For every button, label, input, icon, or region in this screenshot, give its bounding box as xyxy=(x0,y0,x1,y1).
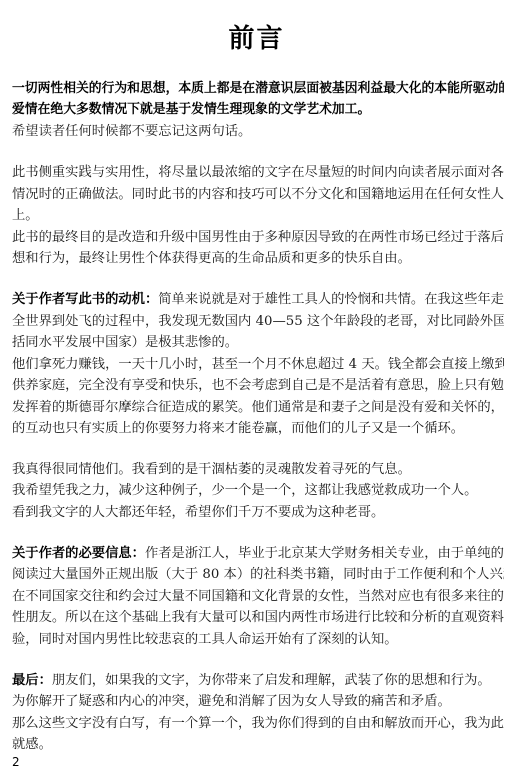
closing-line-2: 为你解开了疑惑和内心的冲突，避免和消解了因为女人导致的痛苦和矛盾。 xyxy=(12,691,504,712)
sympathy-line-2: 我希望凭我之力，减少这种例子，少一个是一个，这都让我感觉救成功一个人。 xyxy=(12,480,504,501)
author-info-text: 作者是浙江人，毕业于北京某大学财务相关专业，由于单纯的求知欲 xyxy=(145,546,504,561)
motivation-line-4: 他们拿死力赚钱，一天十几小时，甚至一个月不休息超过 4 天。钱全都会直接上缴到妻… xyxy=(12,354,504,375)
closing-label: 最后： xyxy=(12,673,52,688)
closing-text: 朋友们，如果我的文字，为你带来了启发和理解，武装了你的思想和行为。 xyxy=(52,673,491,688)
sympathy-line-1: 我真得很同情他们。我看到的是干涸枯萎的灵魂散发着寻死的气息。 xyxy=(12,459,504,480)
motivation-line-6: 发挥着的斯德哥尔摩综合征造成的累笑。他们通常是和妻子之间是没有爱和关怀的，和孩子 xyxy=(12,397,504,418)
author-info-line-5: 验，同时对国内男性比较悲哀的工具人命运开始有了深刻的认知。 xyxy=(12,629,504,650)
intro-bold-line-2: 爱情在绝大多数情况下就是基于发情生理现象的文学艺术加工。 xyxy=(12,99,504,120)
motivation-line-1: 关于作者写此书的动机：简单来说就是对于雄性工具人的怜悯和共情。在我这些年走南闯北 xyxy=(12,289,504,310)
purpose-line-1: 此书侧重实践与实用性，将尽量以最浓缩的文字在尽量短的时间内向读者展示面对各种两性 xyxy=(12,162,504,183)
closing-line-4: 就感。 xyxy=(12,734,504,755)
sympathy-line-3: 看到我文字的人大都还年轻，希望你们千万不要成为这种老哥。 xyxy=(12,502,504,523)
closing-line-1: 最后：朋友们，如果我的文字，为你带来了启发和理解，武装了你的思想和行为。 xyxy=(12,670,504,691)
purpose-line-4: 此书的最终目的是改造和升级中国男性由于多种原因导致的在两性市场已经过于落后的思 xyxy=(12,227,504,248)
author-info-label: 关于作者的必要信息： xyxy=(12,546,145,561)
purpose-line-3: 上。 xyxy=(12,205,504,226)
motivation-line-7: 的互动也只有实质上的你要努力将来才能卷赢，而他们的儿子又是一个循环。 xyxy=(12,418,504,439)
motivation-text: 简单来说就是对于雄性工具人的怜悯和共情。在我这些年走南闯北 xyxy=(158,292,504,307)
page-title: 前言 xyxy=(0,18,513,55)
intro-line-3: 希望读者任何时候都不要忘记这两句话。 xyxy=(12,121,504,142)
page-number: 2 xyxy=(12,755,20,769)
intro-bold-line-1: 一切两性相关的行为和思想，本质上都是在潜意识层面被基因利益最大化的本能所驱动的。 xyxy=(12,78,504,99)
purpose-line-5: 想和行为，最终让男性个体获得更高的生命品质和更多的快乐自由。 xyxy=(12,248,504,269)
closing-line-3: 那么这些文字没有白写，有一个算一个，我为你们得到的自由和解放而开心，我为此而有成 xyxy=(12,713,504,734)
purpose-line-2: 情况时的正确做法。同时此书的内容和技巧可以不分文化和国籍地运用在任何女性人类身 xyxy=(12,184,504,205)
author-info-line-1: 关于作者的必要信息：作者是浙江人，毕业于北京某大学财务相关专业，由于单纯的求知欲 xyxy=(12,543,504,564)
author-info-line-2: 阅读过大量国外正规出版（大于 80 本）的社科类书籍，同时由于工作便利和个人兴趣… xyxy=(12,564,504,585)
motivation-line-5: 供养家庭，完全没有享受和快乐，也不会考虑到自己是不是活着有意思，脸上只有勉强由于 xyxy=(12,375,504,396)
motivation-line-3: 括同水平发展中国家）是极其悲惨的。 xyxy=(12,332,504,353)
author-info-line-3: 在不同国家交往和约会过大量不同国籍和文化背景的女性，当然对应也有很多来往的各国男 xyxy=(12,586,504,607)
motivation-label: 关于作者写此书的动机： xyxy=(12,292,158,307)
author-info-line-4: 性朋友。所以在这个基础上我有大量可以和国内两性市场进行比较和分析的直观资料和经 xyxy=(12,607,504,628)
motivation-line-2: 全世界到处飞的过程中，我发现无数国内 40—55 这个年龄段的老哥，对比同龄外国… xyxy=(12,311,504,332)
